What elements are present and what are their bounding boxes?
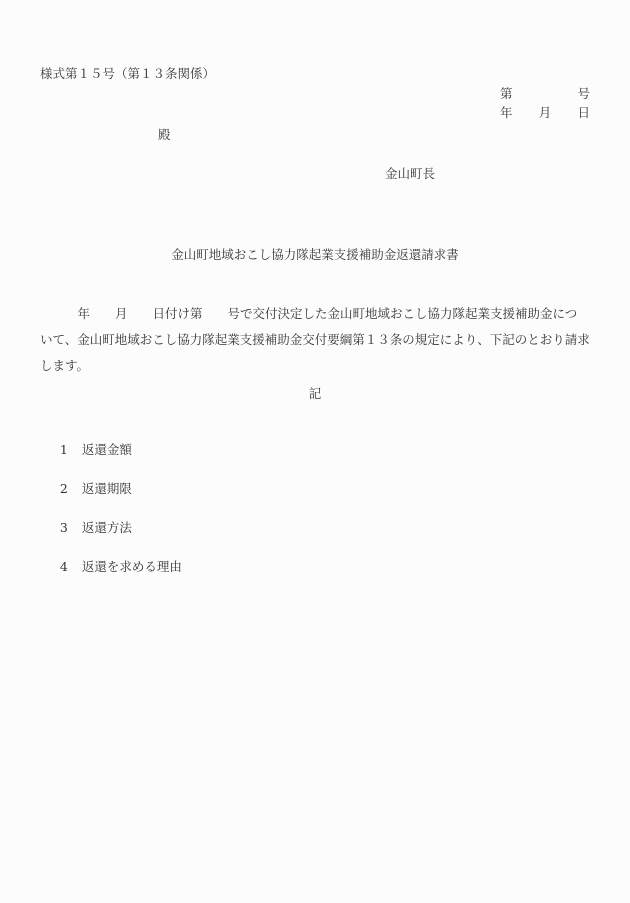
document-title: 金山町地域おこし協力隊起業支援補助金返還請求書 [0,247,630,262]
form-number: 様式第１５号（第１３条関係） [40,66,215,81]
date-year-label: 年 [500,105,513,120]
doc-number-prefix: 第 [500,86,513,101]
list-item-label: 返還を求める理由 [82,559,182,574]
date-day-label: 日 [577,105,590,120]
body-paragraph-line: します。 [40,358,89,373]
document-number-line: 第 号 [500,86,590,101]
list-item-number: 3 [60,520,82,535]
document-page: 様式第１５号（第１３条関係） 第 号 年 月 日 殿 金山町長 金山町地域おこし… [0,0,630,903]
list-marker: 記 [0,386,630,401]
list-item: 4返還を求める理由 [44,544,182,589]
body-paragraph-line: いて、金山町地域おこし協力隊起業支援補助金交付要綱第１３条の規定により、下記のと… [40,332,590,347]
list-item-number: 1 [60,442,82,457]
list-item-label: 返還金額 [82,442,132,457]
list-item-number: 4 [60,559,82,574]
sender-title: 金山町長 [385,166,435,181]
list-item-label: 返還方法 [82,520,132,535]
date-line: 年 月 日 [500,105,590,120]
body-paragraph-line: 年 月 日付け第 号で交付決定した金山町地域おこし協力隊起業支援補助金につ [40,306,577,321]
doc-number-suffix: 号 [577,86,590,101]
addressee-honorific: 殿 [158,127,171,142]
list-item-number: 2 [60,481,82,496]
date-month-label: 月 [539,105,552,120]
list-item-label: 返還期限 [82,481,132,496]
